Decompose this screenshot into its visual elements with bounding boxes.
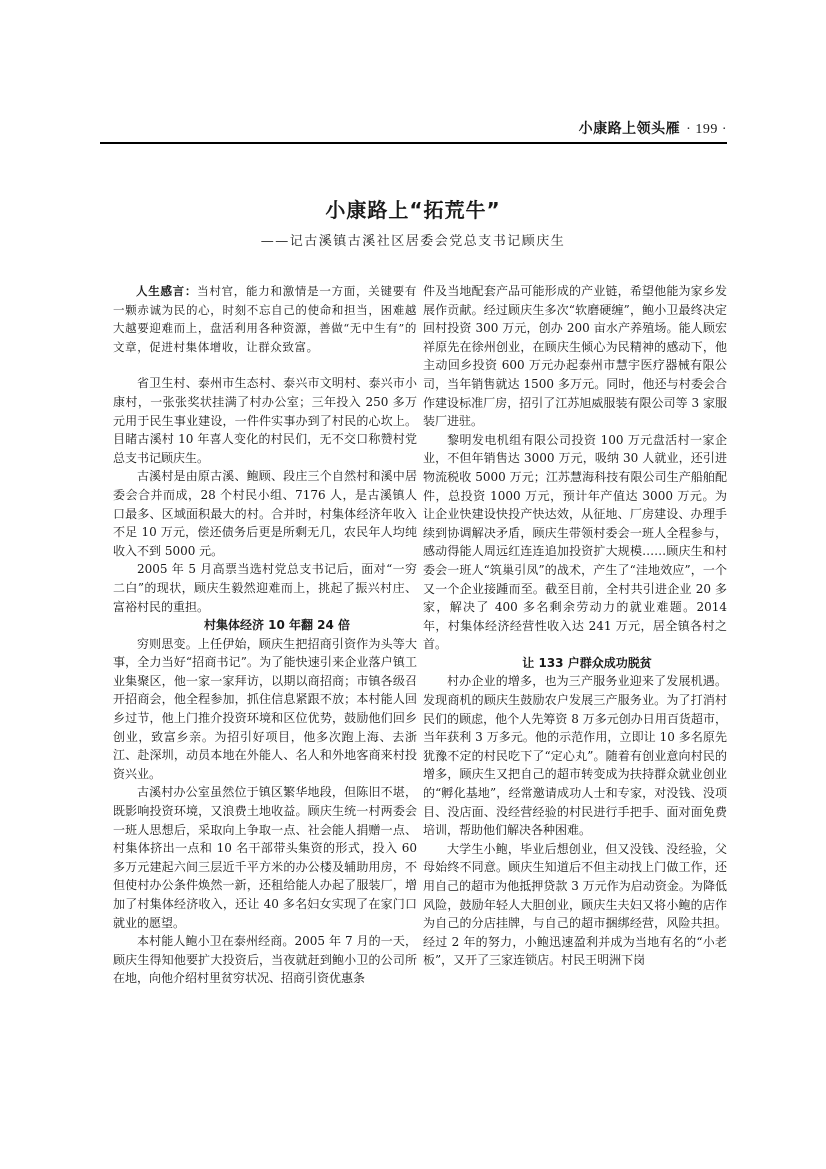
running-head-text: 小康路上领头雁· 199 · <box>579 118 727 138</box>
paragraph: 黎明发电机组有限公司投资 100 万元盘活村一家企业，不但年销售达 3000 万… <box>423 431 727 654</box>
paragraph: 2005 年 5 月高票当选村党总支书记后，面对“一穷二白”的现状，顾庆生毅然迎… <box>113 560 417 616</box>
section-heading: 让 133 户群众成功脱贫 <box>423 654 727 673</box>
paragraph: 村办企业的增多，也为三产服务业迎来了发展机遇。发现商机的顾庆生鼓励农户发展三产服… <box>423 672 727 839</box>
section-heading: 村集体经济 10 年翻 24 倍 <box>113 616 417 635</box>
article-subtitle: ——记古溪镇古溪社区居委会党总支书记顾庆生 <box>0 230 826 249</box>
paragraph: 穷则思变。上任伊始，顾庆生把招商引资作为头等大事，全力当好“招商书记”。为了能快… <box>113 635 417 784</box>
running-head: 小康路上领头雁· 199 · <box>100 112 727 144</box>
right-column: 件及当地配套产品可能形成的产业链，希望他能为家乡发展作贡献。经过顾庆生多次“软磨… <box>423 282 727 970</box>
left-column: 人生感言：当村官，能力和激情是一方面，关键要有一颗赤诚为民的心，时刻不忘自己的使… <box>113 282 417 988</box>
running-head-section: 小康路上领头雁 <box>579 121 681 137</box>
motto-label: 人生感言： <box>136 284 197 298</box>
paragraph: 大学生小鲍，毕业后想创业，但又没钱、没经验，父母始终不同意。顾庆生知道后不但主动… <box>423 840 727 970</box>
paragraph: 省卫生村、泰州市生态村、泰兴市文明村、泰兴市小康村，一张张奖状挂满了村办公室；三… <box>113 374 417 467</box>
article-title: 小康路上“拓荒牛” <box>0 194 826 223</box>
paragraph: 本村能人鲍小卫在泰州经商。2005 年 7 月的一天，顾庆生得知他要扩大投资后，… <box>113 932 417 988</box>
motto: 人生感言：当村官，能力和激情是一方面，关键要有一颗赤诚为民的心，时刻不忘自己的使… <box>113 282 417 356</box>
page-number: · 199 · <box>686 122 727 137</box>
paragraph: 古溪村是由原古溪、鲍顾、段庄三个自然村和溪中居委会合并而成，28 个村民小组、7… <box>113 467 417 560</box>
paragraph: 古溪村办公室虽然位于镇区繁华地段，但陈旧不堪，既影响投资环境，又浪费土地收益。顾… <box>113 783 417 932</box>
paragraph: 件及当地配套产品可能形成的产业链，希望他能为家乡发展作贡献。经过顾庆生多次“软磨… <box>423 282 727 431</box>
